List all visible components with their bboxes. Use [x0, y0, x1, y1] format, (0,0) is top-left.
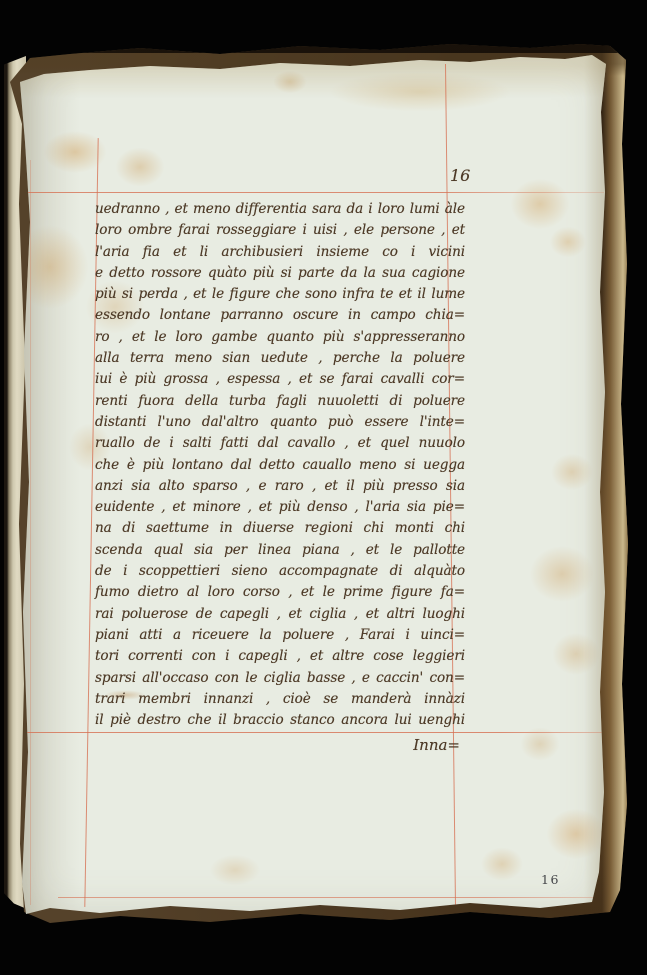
catchword: Inna=	[386, 736, 460, 754]
manuscript-line: l'aria fia et li archibusieri insieme co…	[95, 242, 465, 263]
manuscript-line: loro ombre farai rosseggiare i uisi , el…	[95, 220, 465, 241]
manuscript-line: ro , et le loro gambe quanto più s'appre…	[95, 327, 465, 348]
manuscript-line: ruallo de i salti fatti dal cavallo , et…	[95, 433, 465, 454]
manuscript-line: che è più lontano dal detto cauallo meno…	[95, 455, 465, 476]
manuscript-line: uedranno , et meno differentia sara da i…	[95, 199, 465, 220]
manuscript-line: e detto rossore quàto più si parte da la…	[95, 263, 465, 284]
manuscript-line: più si perda , et le figure che sono inf…	[95, 284, 465, 305]
manuscript-text-block: uedranno , et meno differentia sara da i…	[95, 199, 465, 731]
manuscript-line: essendo lontane parranno oscure in campo…	[95, 305, 465, 326]
manuscript-line: iui è più grossa , espessa , et se farai…	[95, 369, 465, 390]
manuscript-line: euidente , et minore , et più denso , l'…	[95, 497, 465, 518]
manuscript-line: trari membri innanzi , cioè se manderà i…	[95, 689, 465, 710]
ruled-margin-line-bottom	[20, 732, 606, 733]
ruled-margin-line-top	[28, 192, 604, 193]
manuscript-line: distanti l'uno dal'altro quanto può esse…	[95, 412, 465, 433]
manuscript-line: sparsi all'occaso con le ciglia basse , …	[95, 668, 465, 689]
ruled-margin-line-footer	[58, 897, 606, 898]
manuscript-line: tori correnti con i capegli , et altre c…	[95, 646, 465, 667]
manuscript-line: il piè destro che il braccio stanco anco…	[95, 710, 465, 731]
manuscript-line: scenda qual sia per linea piana , et le …	[95, 540, 465, 561]
ruled-margin-line-gutter	[30, 160, 31, 905]
manuscript-page: 16 uedranno , et meno differentia sara d…	[20, 52, 606, 916]
manuscript-line: anzi sia alto sparso , e raro , et il pi…	[95, 476, 465, 497]
manuscript-line: piani atti a riceuere la poluere , Farai…	[95, 625, 465, 646]
page-number-printed: 16	[541, 872, 560, 887]
manuscript-line: fumo dietro al loro corso , et le prime …	[95, 582, 465, 603]
manuscript-line: alla terra meno sian uedute , perche la …	[95, 348, 465, 369]
manuscript-line: na di saettume in diuerse regioni chi mo…	[95, 518, 465, 539]
manuscript-photo: 16 uedranno , et meno differentia sara d…	[0, 0, 647, 975]
manuscript-line: rai poluerose de capegli , et ciglia , e…	[95, 604, 465, 625]
folio-number-handwritten: 16	[450, 166, 470, 185]
manuscript-line: de i scoppettieri sieno accompagnate di …	[95, 561, 465, 582]
manuscript-line: renti fuora della turba fagli nuuoletti …	[95, 391, 465, 412]
